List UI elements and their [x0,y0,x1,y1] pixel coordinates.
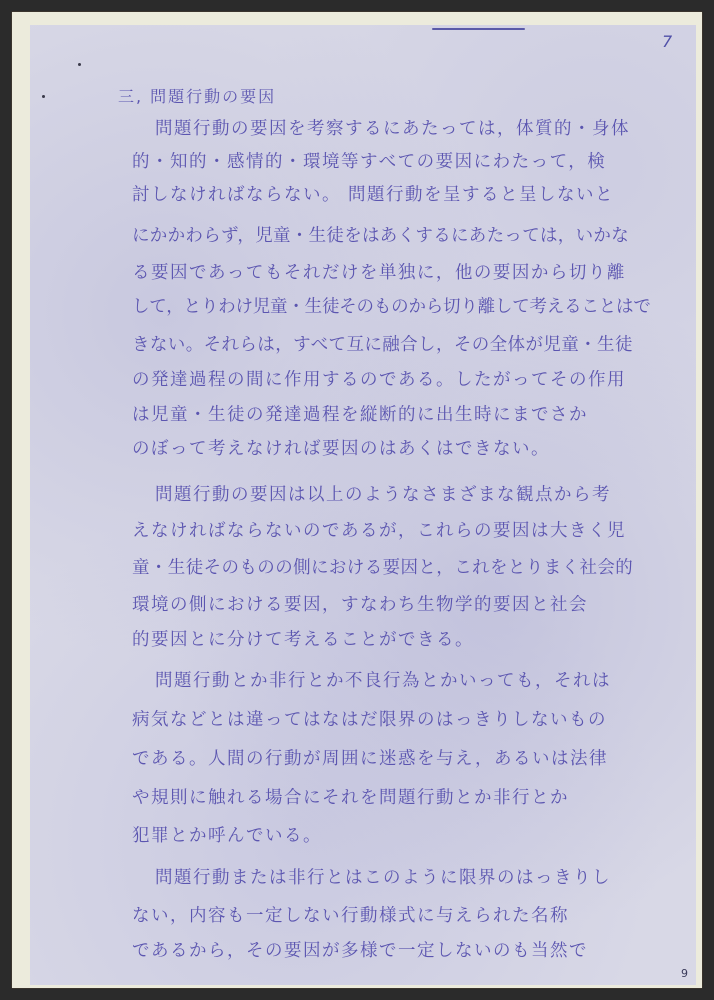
pen-stroke-top [432,28,525,30]
text-line: であるから，その要因が多様で一定しないのも当然で [132,943,588,961]
text-line: えなければならないのであるが，これらの要因は大きく児 [132,523,626,541]
text-line: きない。それらは，すべて互に融合し，その全体が児童・生徒 [132,337,633,355]
text-line: 犯罪とか呼んでいる。 [132,828,322,846]
text-line: 童・生徒そのものの側における要因と，これをとりまく社会的 [132,560,633,578]
text-line: ない，内容も一定しない行動様式に与えられた名称 [132,908,569,926]
text-line: る要因であってもそれだけを単独に，他の要因から切り離 [132,265,626,283]
text-line: 病気などとは違ってはなはだ限界のはっきりしないもの [132,712,607,730]
text-line: 環境の側における要因，すなわち生物学的要因と社会 [132,597,588,615]
text-line: 的・知的・感情的・環境等すべての要因にわたって，検 [132,154,606,172]
paper-speck [78,63,81,66]
text-line: や規則に触れる場合にそれを問題行動とか非行とか [132,790,569,808]
paper-speck [42,95,45,98]
scanned-document: 7 三, 問題行動の要因 問題行動の要因を考察するにあたっては，体質的・身体 的… [0,0,714,1000]
text-line: して，とりわけ児童・生徒そのものから切り離して考えることはで [132,299,651,317]
text-line: は児童・生徒の発達過程を縦断的に出生時にまでさか [132,407,588,425]
page-number-bottom: 9 [681,967,688,980]
text-line: 問題行動または非行とはこのように限界のはっきりし [155,870,611,888]
text-line: 問題行動の要因を考察するにあたっては，体質的・身体 [155,121,630,139]
text-line: 問題行動の要因は以上のようなさまざまな観点から考 [155,487,611,505]
text-line: にかかわらず，児童・生徒をはあくするにあたっては，いかな [132,228,629,246]
section-heading: 三, 問題行動の要因 [118,84,276,107]
text-line: 討しなければならない。 問題行動を呈すると呈しないと [132,187,614,205]
text-line: 的要因とに分けて考えることができる。 [132,632,474,650]
text-line: 問題行動とか非行とか不良行為とかいっても，それは [155,673,611,691]
page-number-top: 7 [662,32,672,51]
text-line: の発達過程の間に作用するのである。したがってその作用 [132,372,626,390]
text-line: のぼって考えなければ要因のはあくはできない。 [132,441,550,459]
text-line: である。人間の行動が周囲に迷惑を与え，あるいは法律 [132,751,608,769]
